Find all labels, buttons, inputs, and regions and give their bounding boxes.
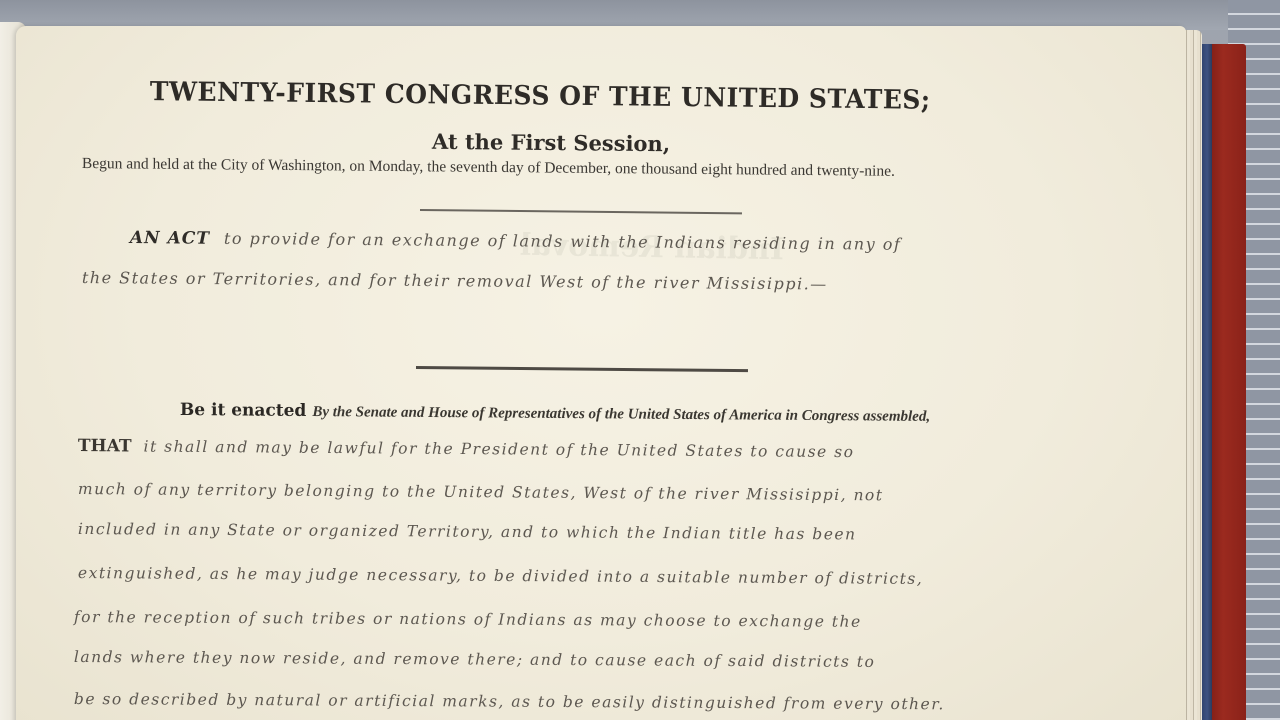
- enacted-label: Be it enacted: [180, 400, 307, 421]
- act-label: AN ACT: [130, 228, 210, 249]
- enacted-text: By the Senate and House of Representativ…: [312, 404, 930, 425]
- photo-scene: Indian Removal TWENTY-FIRST CONGRESS OF …: [0, 0, 1280, 720]
- red-book-cover: [1208, 44, 1246, 720]
- that-label: THAT: [78, 436, 132, 456]
- session-subheading: At the First Session,: [432, 129, 670, 156]
